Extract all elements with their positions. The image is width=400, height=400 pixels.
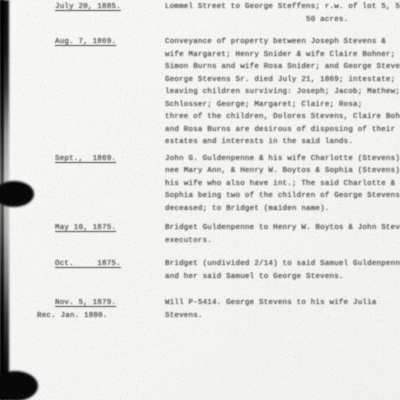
entry-text: Conveyance of property between Joseph St… — [165, 36, 400, 149]
deed-entry: July 20, 1885. Lommel Street to George S… — [0, 1, 400, 26]
entry-date: Sept., 1869. — [55, 155, 116, 163]
entry-date: May 10, 1875. — [55, 224, 116, 232]
entry-date: July 20, 1885. — [55, 3, 121, 11]
deed-entry: Oct. 1875. Bridget (undivided 2/14) to s… — [0, 258, 400, 283]
deed-entry: Sept., 1869. John G. Guldenpenne & his w… — [0, 153, 400, 216]
deed-entry: Nov. 5, 1879. Rec. Jan. 1880. Will P-541… — [0, 297, 400, 322]
deed-entry: May 10, 1875. Bridget Guldenpenne to Hen… — [0, 222, 400, 247]
entry-date: Aug. 7, 1869. — [55, 38, 116, 46]
deed-abstract-entries: July 20, 1885. Lommel Street to George S… — [0, 0, 400, 322]
entry-text: Bridget Guldenpenne to Henry W. Boytos &… — [165, 222, 400, 247]
entry-text: Will P-5414. George Stevens to his wife … — [165, 297, 400, 322]
entry-text: Bridget (undivided 2/14) to said Samuel … — [165, 258, 400, 283]
entry-text: Lommel Street to George Steffens; r.w. o… — [165, 1, 400, 26]
entry-date: Oct. 1875. — [55, 260, 121, 268]
scanned-document-page: July 20, 1885. Lommel Street to George S… — [0, 0, 400, 400]
deed-entry: Aug. 7, 1869. Conveyance of property bet… — [0, 36, 400, 149]
hole-punch-mark — [0, 371, 38, 400]
entry-recorded-date: Rec. Jan. 1880. — [37, 312, 108, 320]
entry-date: Nov. 5, 1879. — [55, 299, 116, 307]
entry-text: John G. Guldenpenne & his wife Charlotte… — [165, 153, 400, 216]
